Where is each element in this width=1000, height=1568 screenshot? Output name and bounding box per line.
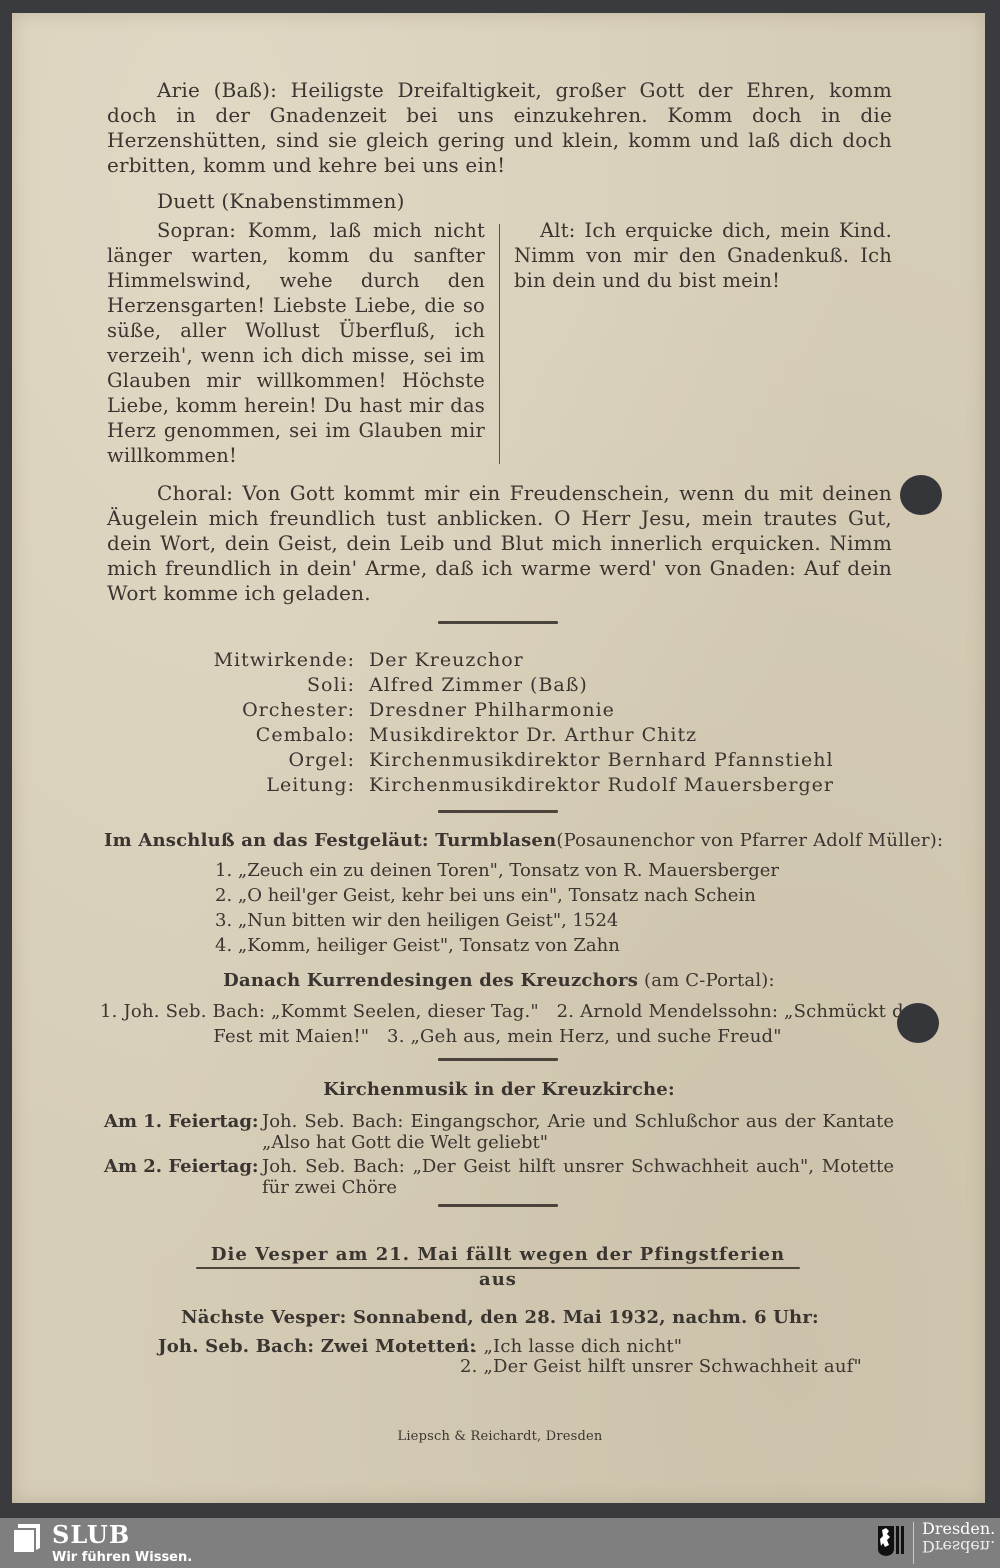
separator-2 — [438, 810, 558, 813]
turmblasen-heading: Im Anschluß an das Festgeläut: Turmblase… — [104, 828, 904, 853]
dresden-coat-of-arms-icon — [877, 1525, 907, 1557]
kurrende-line-1: 1. Joh. Seb. Bach: „Kommt Seelen, dieser… — [100, 999, 895, 1024]
separator-1 — [438, 621, 558, 624]
next-vesper-composer: Joh. Seb. Bach: Zwei Motetten: — [158, 1334, 476, 1359]
credit-label: Leitung: — [150, 773, 369, 798]
credit-row: Soli:Alfred Zimmer (Baß) — [150, 673, 850, 698]
credit-row: Mitwirkende:Der Kreuzchor — [150, 648, 850, 673]
list-item: 2. „O heil'ger Geist, kehr bei uns ein",… — [215, 883, 779, 908]
credit-label: Cembalo: — [150, 723, 369, 748]
punch-hole-bottom — [897, 1003, 939, 1043]
list-item: 1. „Zeuch ein zu deinen Toren", Tonsatz … — [215, 858, 779, 883]
slub-book-icon — [12, 1522, 42, 1554]
dresden-wordmark: Dresden. — [922, 1521, 995, 1537]
feiertag-row-1: Am 1. Feiertag: Joh. Seb. Bach: Eingangs… — [104, 1111, 894, 1153]
credit-value: Kirchenmusikdirektor Bernhard Pfannstieh… — [369, 748, 834, 773]
credit-row: Cembalo:Musikdirektor Dr. Arthur Chitz — [150, 723, 850, 748]
credit-row: Leitung:Kirchenmusikdirektor Rudolf Maue… — [150, 773, 850, 798]
alt-label: Alt: — [540, 219, 576, 242]
credit-value: Dresdner Philharmonie — [369, 698, 615, 723]
feiertag-value: Joh. Seb. Bach: Eingangschor, Arie und S… — [262, 1111, 894, 1153]
choral-paragraph: Choral: Von Gott kommt mir ein Freudensc… — [107, 481, 892, 606]
slub-tagline: Wir führen Wissen. — [52, 1550, 192, 1565]
credit-row: Orchester:Dresdner Philharmonie — [150, 698, 850, 723]
separator-3 — [438, 1058, 558, 1061]
choral-label: Choral: — [157, 481, 233, 505]
feiertag-label: Am 2. Feiertag: — [104, 1156, 262, 1198]
separator-4 — [438, 1204, 558, 1207]
kirchenmusik-heading: Kirchenmusik in der Kreuzkirche: — [104, 1077, 894, 1102]
turmblasen-title: Im Anschluß an das Festgeläut: Turmblase… — [104, 830, 556, 851]
arie-paragraph: Arie (Baß): Heiligste Dreifaltigkeit, gr… — [107, 78, 892, 178]
sopran-text: Komm, laß mich nicht länger warten, komm… — [107, 219, 485, 467]
arie-label: Arie (Baß): — [157, 78, 277, 102]
punch-hole-top — [900, 475, 942, 515]
kurrende-line-2: Fest mit Maien!" 3. „Geh aus, mein Herz,… — [100, 1024, 895, 1049]
credit-value: Kirchenmusikdirektor Rudolf Mauersberger — [369, 773, 834, 798]
credits-list: Mitwirkende:Der Kreuzchor Soli:Alfred Zi… — [150, 648, 850, 798]
printer-credit: Liepsch & Reichardt, Dresden — [350, 1427, 650, 1447]
credit-value: Der Kreuzchor — [369, 648, 524, 673]
next-vesper-item-2: 2. „Der Geist hilft unsrer Schwachheit a… — [460, 1354, 862, 1379]
feiertag-label: Am 1. Feiertag: — [104, 1111, 262, 1153]
credit-label: Orchester: — [150, 698, 369, 723]
sopran-paragraph: Sopran: Komm, laß mich nicht länger wart… — [107, 218, 485, 468]
slub-footer-bar: SLUB Wir führen Wissen. Dresden. Dresden… — [0, 1518, 1000, 1568]
kurrende-paren: (am C-Portal): — [638, 970, 775, 991]
slub-name: SLUB — [52, 1520, 130, 1549]
credit-label: Orgel: — [150, 748, 369, 773]
dresden-wordmark-mirror: Dresden. — [922, 1538, 995, 1554]
next-vesper-heading: Nächste Vesper: Sonnabend, den 28. Mai 1… — [150, 1305, 850, 1330]
duett-heading: Duett (Knabenstimmen) — [157, 189, 405, 214]
column-divider — [499, 224, 500, 464]
credit-value: Musikdirektor Dr. Arthur Chitz — [369, 723, 697, 748]
sopran-label: Sopran: — [157, 219, 236, 242]
list-item: 4. „Komm, heiliger Geist", Tonsatz von Z… — [215, 933, 779, 958]
turmblasen-list: 1. „Zeuch ein zu deinen Toren", Tonsatz … — [215, 858, 779, 958]
footer-divider — [913, 1522, 914, 1564]
turmblasen-paren: (Posaunenchor von Pfarrer Adolf Müller): — [556, 830, 943, 851]
list-item: 3. „Nun bitten wir den heiligen Geist", … — [215, 908, 779, 933]
kurrende-title: Danach Kurrendesingen des Kreuzchors — [223, 970, 638, 991]
notice-underline — [196, 1267, 800, 1269]
credit-row: Orgel:Kirchenmusikdirektor Bernhard Pfan… — [150, 748, 850, 773]
feiertag-value: Joh. Seb. Bach: „Der Geist hilft unsrer … — [262, 1156, 894, 1198]
kurrende-heading: Danach Kurrendesingen des Kreuzchors (am… — [104, 968, 894, 993]
credit-value: Alfred Zimmer (Baß) — [369, 673, 588, 698]
credit-label: Mitwirkende: — [150, 648, 369, 673]
feiertag-row-2: Am 2. Feiertag: Joh. Seb. Bach: „Der Gei… — [104, 1156, 894, 1198]
credit-label: Soli: — [150, 673, 369, 698]
alt-paragraph: Alt: Ich erquicke dich, mein Kind. Nimm … — [514, 218, 892, 293]
